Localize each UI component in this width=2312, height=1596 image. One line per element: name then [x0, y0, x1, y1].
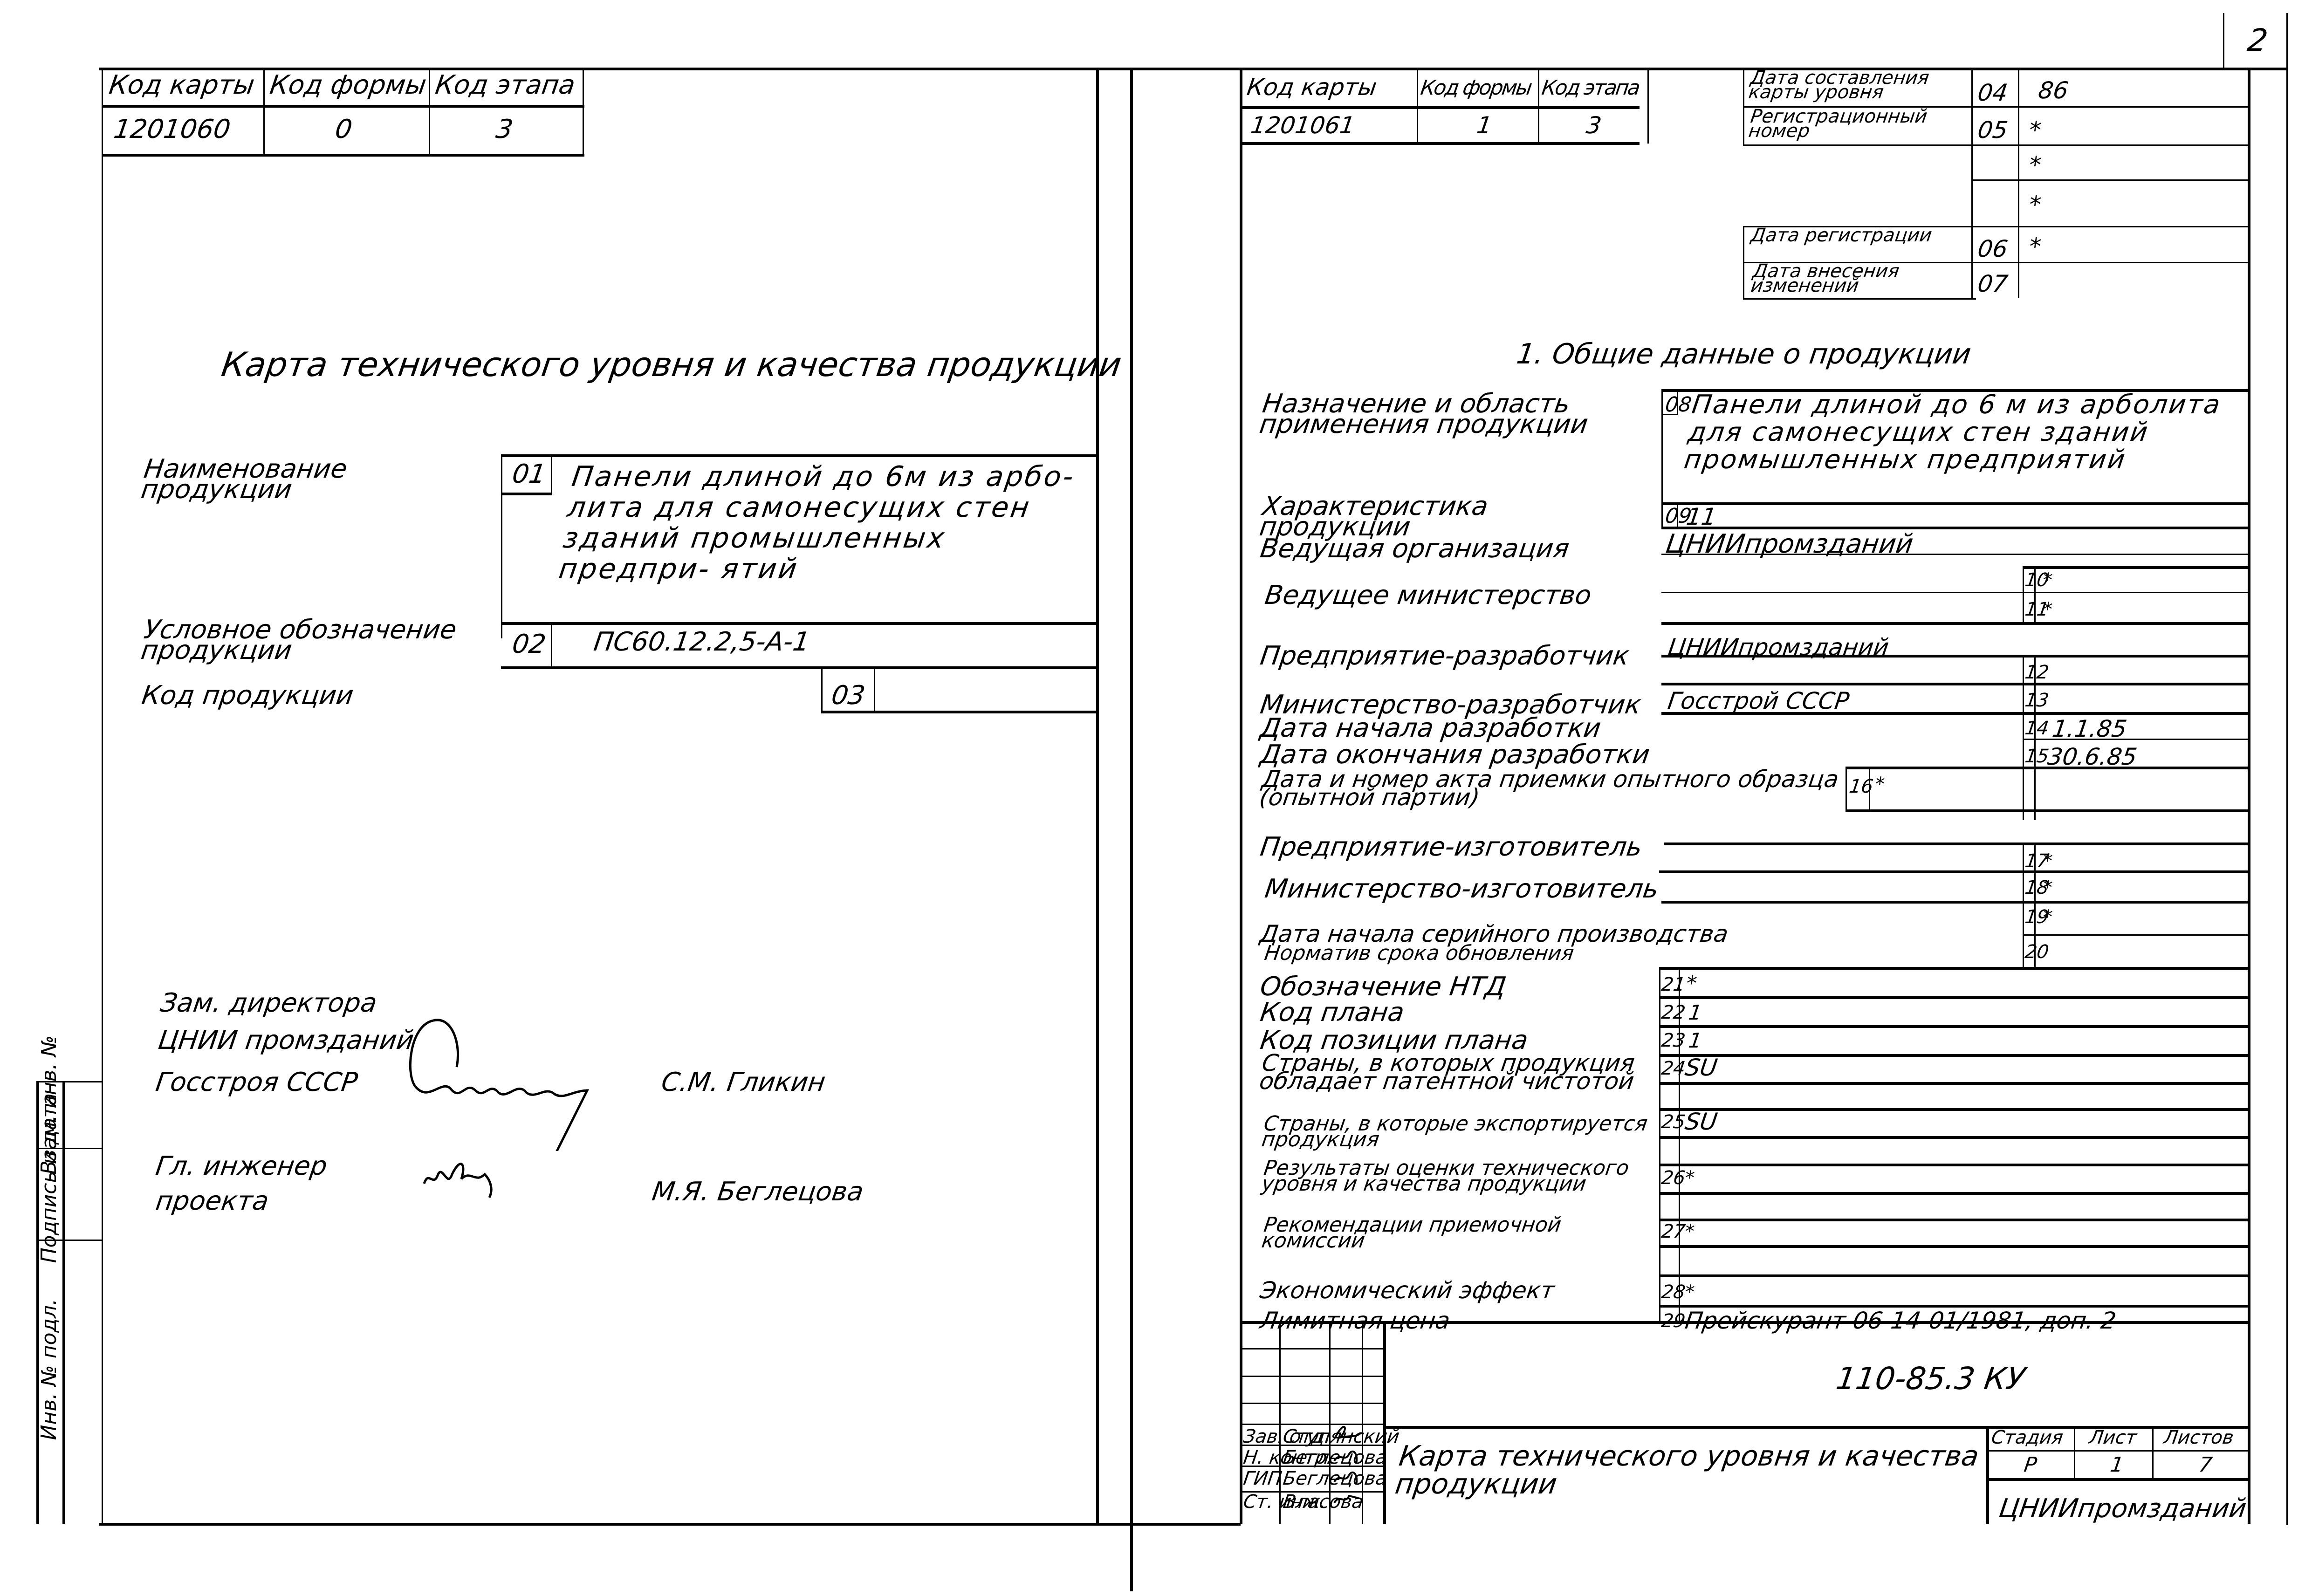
field02-bottom: [501, 666, 1098, 669]
row21-bottom: [1659, 996, 2248, 999]
row17-bottom: [1659, 870, 2248, 873]
field01-code-bottom: [501, 493, 552, 495]
code-col-left: [2023, 566, 2024, 622]
title-block-doc-title: Карта технического уровня и качества про…: [1393, 1442, 1984, 1498]
row15-bottom: [1845, 767, 2248, 769]
header-card-code: Код карты: [1245, 74, 1379, 101]
reg-code-06: 06: [1976, 235, 2010, 262]
right-page-right-border: [2248, 68, 2250, 1524]
engineer-title-line2: проекта: [154, 1186, 271, 1216]
binding-label-original-inv: Инв. № подл.: [37, 1324, 61, 1440]
row20-bottom: [1659, 967, 2248, 970]
sheet-header: Лист: [2088, 1427, 2138, 1448]
f25-code: 25: [1660, 1111, 1687, 1133]
section-title: 1. Общие данные о продукции: [1515, 338, 1973, 370]
code-table-mid: [1241, 106, 1640, 109]
row22-bottom: [1659, 1025, 2248, 1028]
economic-effect-label: Экономический эффект: [1258, 1277, 1556, 1304]
bottom-border: [99, 1523, 1241, 1526]
code-table-bottom: [1241, 142, 1640, 145]
f09-left: [1661, 502, 1663, 528]
stage-code-value: 3: [494, 114, 515, 144]
plan-code-label: Код плана: [1258, 997, 1406, 1027]
field01-value: Панели длиной до 6м из арбо- лита для са…: [557, 461, 1096, 584]
f14-code: 14: [2024, 718, 2050, 739]
tb-col-main: [1383, 1321, 1386, 1524]
tb-stage-col: [2074, 1426, 2075, 1478]
organization-name: ЦНИИпромзданий: [1997, 1493, 2248, 1524]
signer-role-gip: ГИП: [1242, 1468, 1283, 1489]
lead-org-underline: [1661, 554, 2248, 555]
right-edge-line: [2286, 13, 2288, 1525]
reg-code-07: 07: [1976, 270, 2010, 297]
reg-code-05: 05: [1976, 116, 2010, 144]
engineer-name: М.Я. Беглецова: [650, 1177, 865, 1207]
field02-top: [501, 622, 1098, 625]
title-block-signatures: [1331, 1419, 1363, 1512]
tb-stage-row: [1986, 1450, 2248, 1452]
sheets-header: Листов: [2162, 1427, 2235, 1448]
f28-code: 28: [1660, 1281, 1687, 1303]
card-code-value: 1201061: [1249, 112, 1357, 139]
reg-value-div: [2018, 68, 2019, 298]
field-label-product-code: Код продукции: [140, 680, 356, 711]
form-code-value: 0: [333, 114, 354, 144]
assessment-results-label: Результаты оценки технического уровня и …: [1261, 1160, 1638, 1192]
reg-row: [1971, 179, 2248, 181]
code-col-left-3: [2023, 843, 2024, 968]
f29-value: Прейскурант 06-14-01/1981, доп. 2: [1683, 1307, 2118, 1334]
field03-code-div: [874, 666, 875, 713]
tb-row: [1241, 1424, 1385, 1425]
reg-value-date-compiled: 86: [2037, 77, 2070, 104]
card-code-value: 1201060: [112, 114, 233, 144]
field02-code-div: [551, 622, 552, 668]
field02-value: ПС60.12.2,5-А-1: [592, 627, 812, 657]
field-label-designation: Условное обозначение продукции: [140, 620, 472, 660]
sheets-value: 7: [2197, 1453, 2214, 1477]
f27-code: 27: [1660, 1221, 1687, 1242]
field03-bottom: [821, 711, 1098, 713]
code-table-col: [1647, 68, 1649, 144]
dev-ent-underline: [1661, 655, 2248, 658]
field02-code: 02: [510, 629, 548, 659]
limit-price-label: Лимитная цена: [1258, 1307, 1452, 1334]
spine-line-1: [1096, 68, 1099, 1524]
reg-label-date-compiled: Дата составления карты уровня: [1748, 71, 1971, 100]
director-title-line3: Госстроя СССР: [154, 1067, 359, 1097]
code-table-col: [1417, 68, 1418, 144]
row18-bottom: [1661, 901, 2248, 904]
director-name: С.М. Гликин: [659, 1067, 827, 1097]
reg-label-number: Регистрационный номер: [1748, 110, 1971, 138]
code-table-col: [263, 68, 265, 155]
stage-header: Стадия: [1990, 1427, 2065, 1448]
f09-top: [1661, 502, 2248, 505]
row10-top: [2023, 566, 2248, 569]
export-countries-label: Страны, в которые экспортируется продукц…: [1261, 1116, 1666, 1148]
field03-left: [821, 666, 823, 713]
field-label-name: Наименование продукции: [140, 459, 388, 500]
header-stage-code: Код этапа: [1540, 76, 1640, 100]
left-page-border: [102, 68, 103, 1524]
tb-row: [1241, 1403, 1385, 1404]
f23-code: 23: [1660, 1030, 1687, 1051]
director-title-line2: ЦНИИ промзданий: [156, 1025, 416, 1055]
renewal-norm-label: Норматив срока обновления: [1263, 941, 1576, 965]
reg-label-reg-date: Дата регистрации: [1750, 228, 1971, 243]
code-table-col: [429, 68, 430, 155]
f13-code: 13: [2024, 690, 2050, 711]
tb-stage-bottom: [1986, 1478, 2248, 1481]
row26-bottom: [1659, 1192, 2248, 1195]
right-page-left-border: [1240, 68, 1242, 1524]
row17-top: [1664, 843, 2248, 845]
f08-left: [1661, 389, 1663, 508]
row13-bottom: [1661, 712, 2248, 715]
field01-left: [501, 454, 502, 638]
director-title-line1: Зам. директора: [158, 988, 379, 1018]
f16-code: 16: [1848, 776, 1874, 797]
field03-code: 03: [830, 680, 867, 711]
f22-value: 1: [1687, 1001, 1703, 1025]
sheet-number-divider: [2223, 13, 2224, 69]
row23-bottom: [1659, 1054, 2248, 1057]
code-table-mid: [102, 105, 584, 108]
header-stage-code: Код этапа: [433, 70, 577, 100]
row12-bottom: [1661, 683, 2248, 685]
f16-value: *: [1873, 774, 1886, 795]
f25-value: SU: [1683, 1108, 1719, 1135]
signature-glikin: [401, 1016, 690, 1151]
f09-value: 11: [1685, 503, 1718, 530]
tb-row: [1241, 1376, 1385, 1377]
f09-label: Характеристика продукции: [1258, 496, 1544, 537]
f23-value: 1: [1687, 1029, 1703, 1053]
commission-recommendations-label: Рекомендации приемочной комиссии: [1261, 1217, 1619, 1249]
form-code-value: 1: [1475, 112, 1494, 139]
header-card-code: Код карты: [107, 70, 256, 100]
row25b-bottom: [1659, 1164, 2248, 1166]
header-form-code: Код формы: [268, 70, 428, 100]
stage-code-value: 3: [1585, 112, 1603, 139]
tb-stage-col: [2152, 1426, 2154, 1478]
document-code: 110-85.3 КУ: [1834, 1361, 2028, 1397]
code-table-col: [1538, 68, 1539, 144]
spine-line-2: [1130, 68, 1133, 1591]
f16-left: [1845, 767, 1847, 811]
sheet-number: 2: [2245, 22, 2270, 58]
reg-row: [1743, 144, 2248, 146]
manufacturer-enterprise-label: Предприятие-изготовитель: [1258, 832, 1644, 862]
patent-countries-label: Страны, в которых продукция обладает пат…: [1258, 1054, 1669, 1090]
header-form-code: Код формы: [1419, 76, 1532, 100]
tb-right-col: [1986, 1426, 1989, 1524]
f08-value: Панели длиной до 6 м из арболита для сам…: [1682, 391, 2244, 473]
f21-value: *: [1685, 972, 1698, 995]
f22-code: 22: [1660, 1002, 1687, 1023]
reg-code-div: [1971, 68, 1973, 298]
signature-begletsova: [419, 1151, 513, 1202]
code-table-col: [583, 68, 584, 155]
row11-bottom: [1661, 622, 2248, 625]
document-title: Карта технического уровня и качества про…: [219, 345, 1124, 384]
f15-code: 15: [2024, 746, 2050, 767]
row27-bottom: [1659, 1245, 2248, 1248]
field01-code-div: [551, 454, 552, 494]
reg-value-number-2: *: [2027, 151, 2043, 178]
row25-bottom: [1659, 1136, 2248, 1139]
reg-row: [1743, 298, 1976, 300]
f21-code: 21: [1660, 974, 1687, 995]
row26b-bottom: [1659, 1219, 2248, 1221]
reg-value-reg-date: *: [2027, 233, 2043, 260]
acceptance-act-label: Дата и номер акта приемки опытного образ…: [1258, 770, 1846, 807]
engineer-title-line1: Гл. инженер: [154, 1151, 329, 1181]
code-table-bottom: [102, 154, 584, 157]
f26-code: 26: [1660, 1167, 1687, 1189]
f24-value: SU: [1683, 1054, 1719, 1081]
field01-code: 01: [510, 459, 548, 489]
lead-ministry-label: Ведущее министерство: [1263, 580, 1593, 610]
manufacturer-ministry-label: Министерство-изготовитель: [1263, 874, 1660, 904]
f20-code: 20: [2024, 941, 2050, 963]
row14-bottom: [2023, 739, 2248, 740]
f12-code: 12: [2024, 662, 2050, 683]
reg-code-04: 04: [1976, 79, 2010, 106]
f16-bottom: [1845, 809, 2248, 812]
reg-value-number-3: *: [2027, 191, 2043, 218]
dev-start-date-label: Дата начала разработки: [1258, 713, 1603, 743]
tb-row: [1241, 1348, 1385, 1349]
developer-enterprise-label: Предприятие-разработчик: [1258, 641, 1631, 671]
f08-label: Назначение и область применения продукци…: [1258, 394, 1637, 434]
left-top-border: [99, 68, 1241, 70]
row24b-bottom: [1659, 1108, 2248, 1111]
f08-code: 08: [1664, 393, 1693, 417]
row10-bottom: [1661, 592, 2248, 593]
developer-ministry-value: Госстрой СССР: [1666, 687, 1851, 714]
sheet-value: 1: [2109, 1453, 2125, 1477]
lead-org-label: Ведущая организация: [1258, 534, 1571, 564]
row19-bottom: [2023, 934, 2248, 936]
binding-label-signature-date: Подпись и дата: [37, 1128, 61, 1263]
row24-bottom: [1659, 1082, 2248, 1085]
stage-value: Р: [2023, 1453, 2038, 1477]
f24-code: 24: [1660, 1058, 1687, 1079]
row27b-bottom: [1659, 1274, 2248, 1277]
reg-value-number: *: [2027, 116, 2043, 144]
tb-top: [1241, 1321, 2248, 1324]
reg-label-change-date: Дата внесения изменений: [1750, 264, 1973, 293]
field01-top: [501, 454, 1098, 457]
